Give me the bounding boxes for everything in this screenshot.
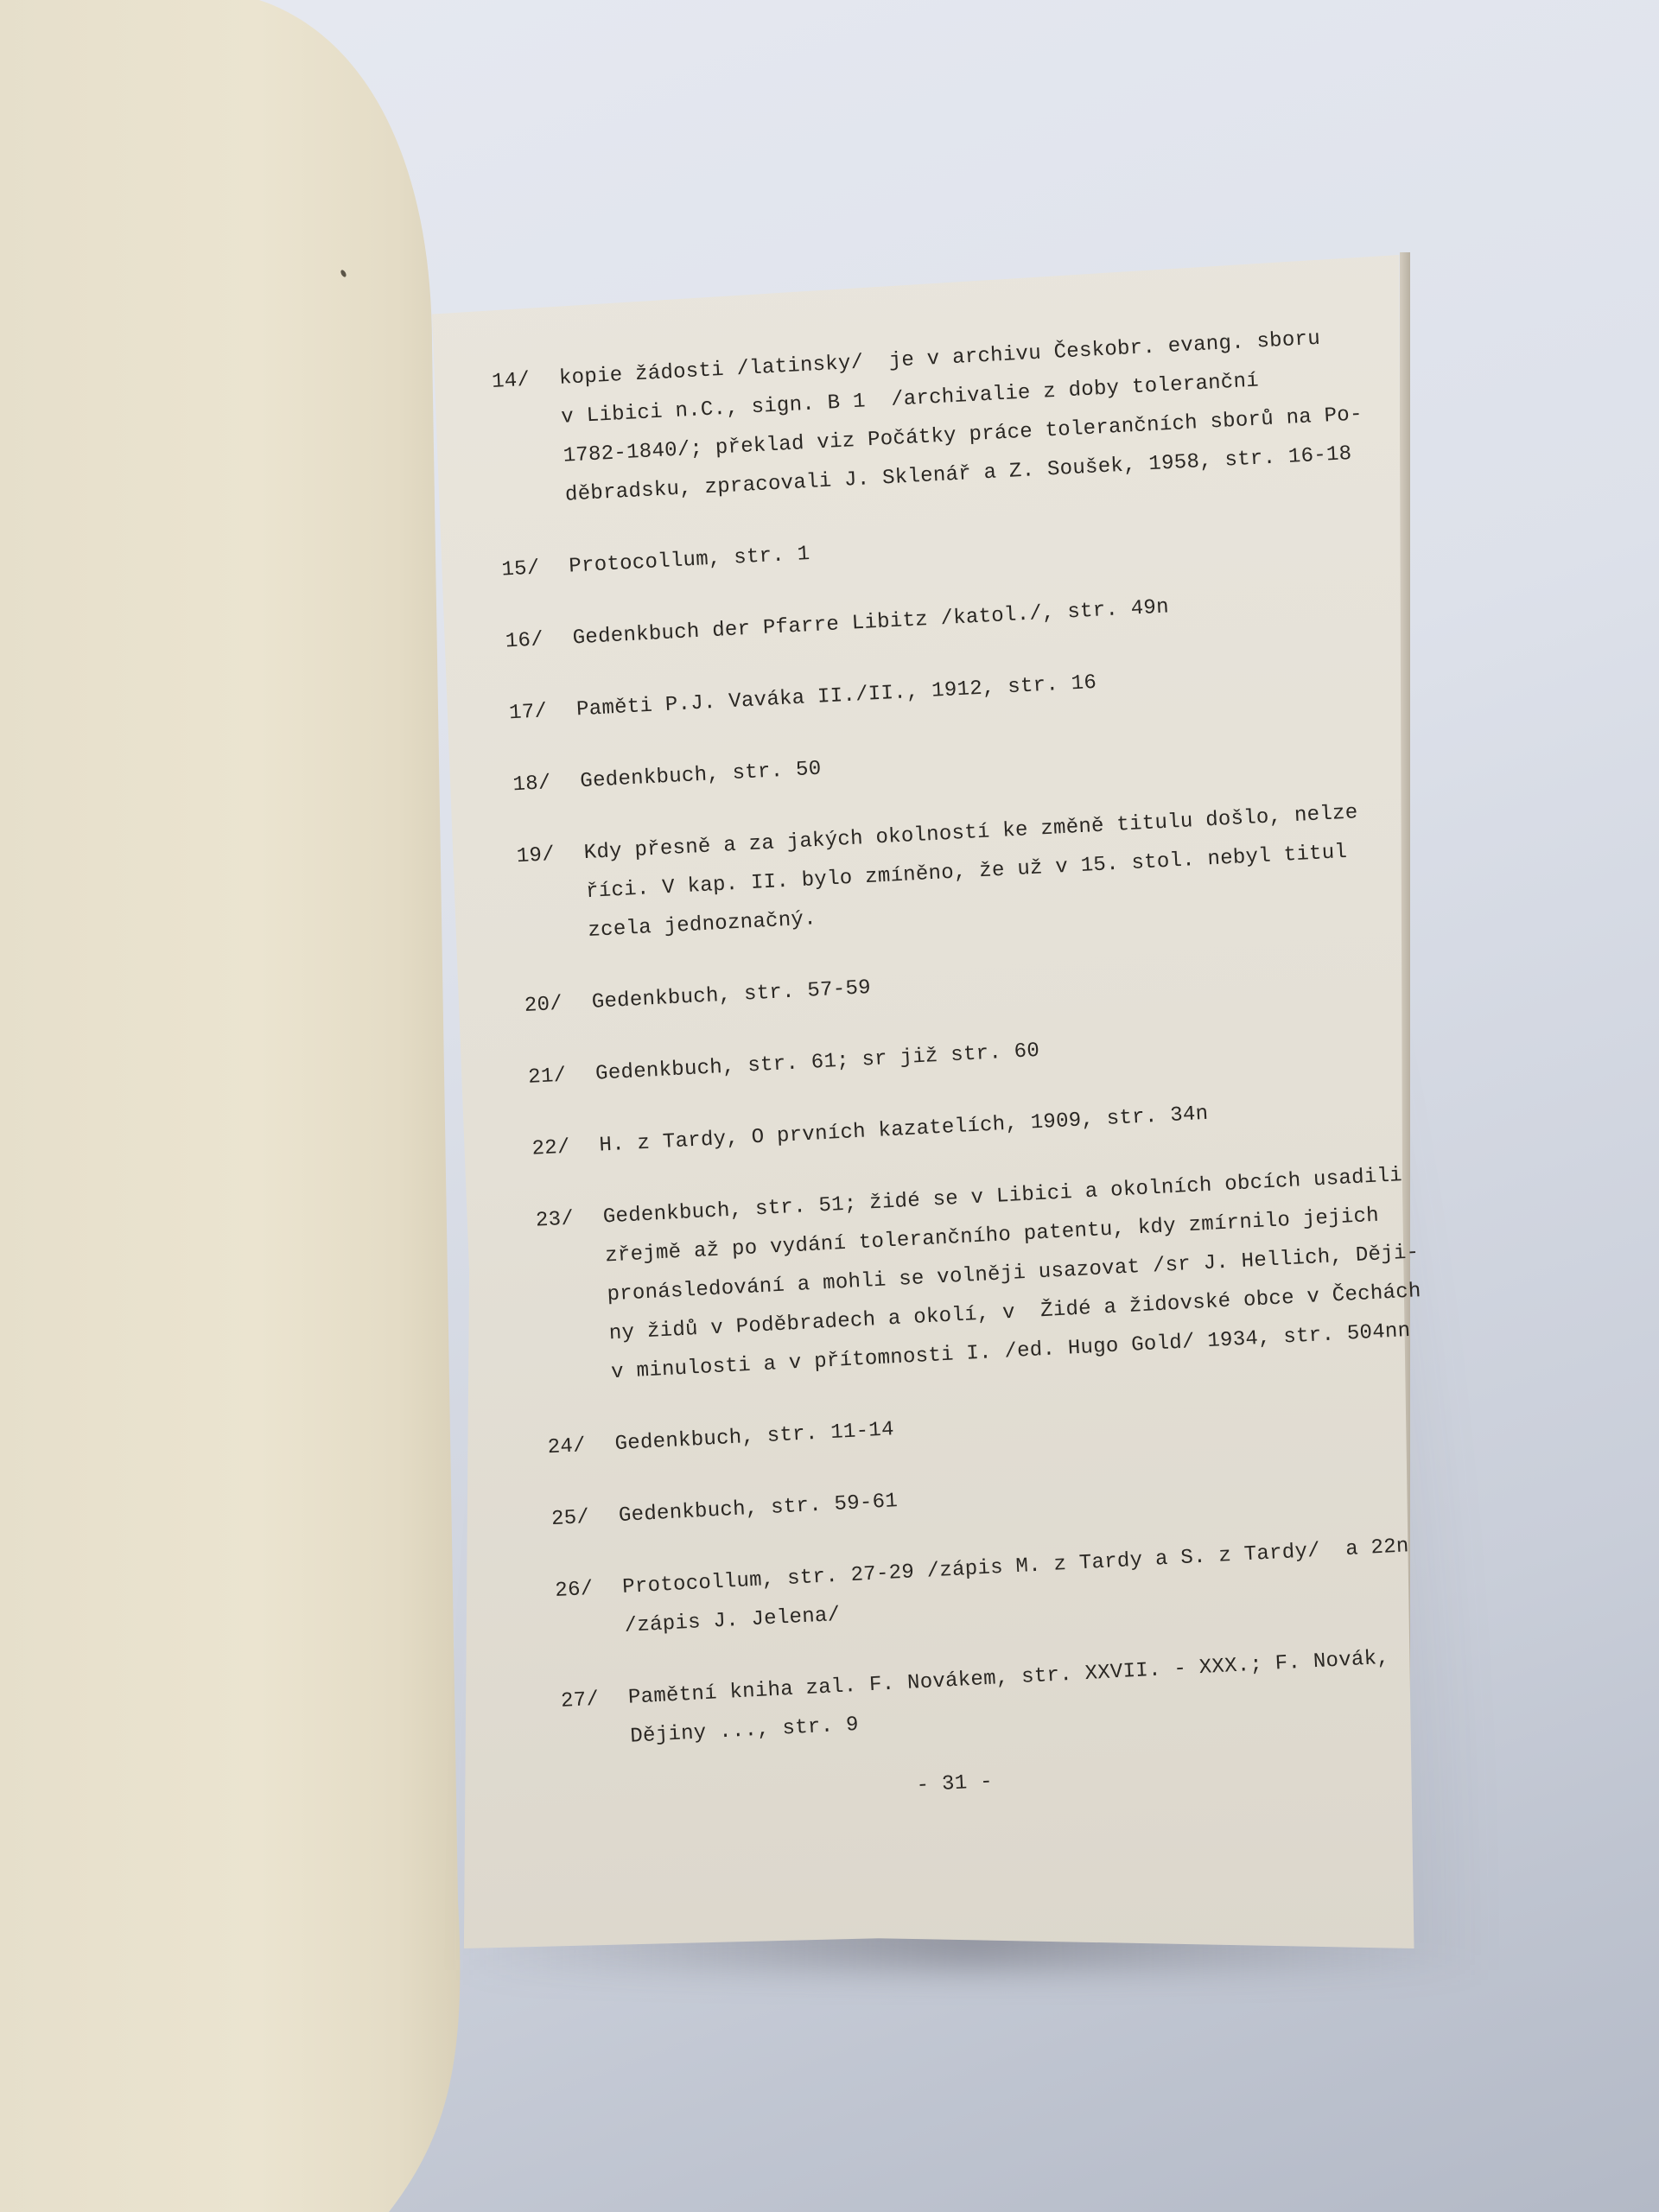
footnote-text: Gedenkbuch, str. 50: [579, 718, 1428, 801]
footnote-item: 27/Pamětní kniha zal. F. Novákem, str. X…: [560, 1634, 1478, 1759]
footnote-item: 18/Gedenkbuch, str. 50: [512, 718, 1428, 804]
footnote-number: 20/: [524, 983, 593, 1026]
footnote-text: Gedenkbuch, str. 51; židé se v Libici a …: [602, 1154, 1459, 1392]
footnote-text: Protocollum, str. 1: [568, 503, 1417, 586]
footnote-line: Gedenkbuch, str. 59-61: [618, 1452, 1467, 1535]
footnote-line: Gedenkbuch, str. 11-14: [614, 1381, 1464, 1464]
footnote-item: 25/Gedenkbuch, str. 59-61: [550, 1452, 1467, 1539]
footnote-item: 21/Gedenkbuch, str. 61; sr již str. 60: [527, 1010, 1444, 1096]
footnote-item: 17/Paměti P.J. Vaváka II./II., 1912, str…: [508, 646, 1425, 733]
left-page-blurred: [0, 0, 467, 2212]
footnote-text: Gedenkbuch, str. 57-59: [591, 939, 1440, 1022]
footnote-text: Kdy přesně a za jakých okolností ke změn…: [583, 790, 1437, 950]
footnote-text: Pamětní kniha zal. F. Novákem, str. XXVI…: [627, 1634, 1478, 1756]
footnote-item: 26/Protocollum, str. 27-29 /zápis M. z T…: [554, 1524, 1472, 1649]
footnote-item: 19/Kdy přesně a za jakých okolností ke z…: [516, 790, 1437, 954]
footnote-text: Gedenkbuch, str. 59-61: [618, 1452, 1467, 1535]
footnote-number: 16/: [505, 620, 574, 662]
footnote-number: 19/: [516, 834, 589, 954]
footnote-number: 26/: [554, 1568, 626, 1649]
footnote-item: 16/Gedenkbuch der Pfarre Libitz /katol./…: [505, 575, 1421, 661]
paper-speck: [340, 269, 347, 277]
footnote-number: 22/: [531, 1127, 601, 1169]
footnotes-list: 14/kopie žádosti /latinsky/ je v archivu…: [491, 315, 1482, 1816]
footnote-item: 23/Gedenkbuch, str. 51; židé se v Libici…: [535, 1154, 1459, 1395]
footnote-number: 21/: [527, 1055, 596, 1097]
footnote-line: Gedenkbuch der Pfarre Libitz /katol./, s…: [572, 575, 1421, 658]
footnote-number: 25/: [550, 1497, 620, 1539]
footnote-item: 22/H. z Tardy, O prvních kazatelích, 190…: [531, 1082, 1448, 1168]
footnote-text: Gedenkbuch, str. 11-14: [614, 1381, 1464, 1464]
footnote-item: 24/Gedenkbuch, str. 11-14: [547, 1381, 1464, 1467]
footnote-line: Protocollum, str. 1: [568, 503, 1417, 586]
footnote-line: Gedenkbuch, str. 50: [579, 718, 1428, 801]
footnote-line: Gedenkbuch, str. 57-59: [591, 939, 1440, 1022]
footnote-number: 23/: [535, 1198, 613, 1396]
footnote-line: Paměti P.J. Vaváka II./II., 1912, str. 1…: [575, 646, 1425, 729]
footnote-text: Protocollum, str. 27-29 /zápis M. z Tard…: [621, 1524, 1472, 1646]
footnote-item: 20/Gedenkbuch, str. 57-59: [524, 939, 1440, 1026]
footnote-item: 15/Protocollum, str. 1: [500, 503, 1417, 589]
footnote-number: 17/: [508, 690, 577, 733]
footnote-number: 15/: [500, 548, 569, 590]
footnote-line: Gedenkbuch, str. 61; sr již str. 60: [594, 1010, 1444, 1093]
footnote-text: H. z Tardy, O prvních kazatelích, 1909, …: [598, 1082, 1447, 1165]
footnote-text: Paměti P.J. Vaváka II./II., 1912, str. 1…: [575, 646, 1425, 729]
footnote-line: H. z Tardy, O prvních kazatelích, 1909, …: [598, 1082, 1447, 1165]
footnote-number: 24/: [547, 1425, 616, 1467]
footnote-text: Gedenkbuch der Pfarre Libitz /katol./, s…: [572, 575, 1421, 658]
footnote-number: 14/: [491, 359, 566, 518]
footnote-number: 27/: [560, 1679, 632, 1760]
footnote-text: Gedenkbuch, str. 61; sr již str. 60: [594, 1010, 1444, 1093]
footnote-number: 18/: [512, 762, 581, 804]
